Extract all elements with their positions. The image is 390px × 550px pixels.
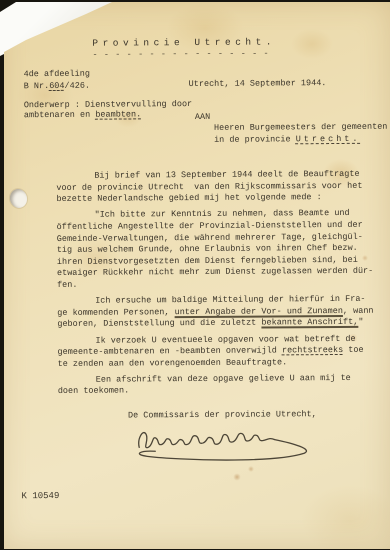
body-line: fen. (57, 278, 373, 292)
letter-content: Provincie Utrecht. - - - - - - - - - - -… (0, 0, 390, 550)
place-date: Utrecht, 14 September 1944. (189, 78, 327, 91)
body-line: doen toekomen. (58, 384, 374, 398)
body-line: bezette Nederlandsche gebied mij het vol… (56, 192, 372, 206)
scanned-letter: Provincie Utrecht. - - - - - - - - - - -… (0, 0, 390, 550)
body-paragraph: Bij brief van 13 September 1944 deelt de… (56, 169, 373, 206)
letterhead-rule: - - - - - - - - - - - - - - - - (92, 48, 269, 61)
body-text: Bij brief van 13 September 1944 deelt de… (56, 169, 374, 403)
reference-number: B Nr.604/426. (24, 81, 90, 93)
archive-code: K 10549 (22, 491, 60, 503)
handwritten-signature (127, 418, 327, 467)
department-line: 4de afdeeling (24, 69, 90, 81)
body-paragraph: "Ich bitte zur Kenntnis zu nehmen, dass … (57, 208, 374, 291)
body-line: te zenden aan den vorengenoemden Beauftr… (58, 356, 374, 370)
subject-line-2: ambtenaren en beambten. (24, 109, 141, 121)
address-line-2: in de provincie Utrecht. (214, 134, 361, 147)
body-paragraph: Een afschrift van deze opgave gelieve U … (58, 373, 374, 398)
body-paragraph: Ich ersuche um baldige Mitteilung der hi… (57, 294, 374, 331)
address-line-1: Heeren Burgemeesters der gemeenten (214, 122, 388, 135)
letterhead-province: Provincie Utrecht. (92, 36, 276, 49)
body-line: etwaiger Rückkehr nicht mehr zum Dienst … (57, 266, 373, 280)
body-line: geboren, Dienststellung und die zuletzt … (57, 317, 373, 331)
body-paragraph: Ik verzoek U eventueele opgaven voor wat… (57, 333, 374, 370)
address-to-label: AAN (195, 112, 210, 124)
